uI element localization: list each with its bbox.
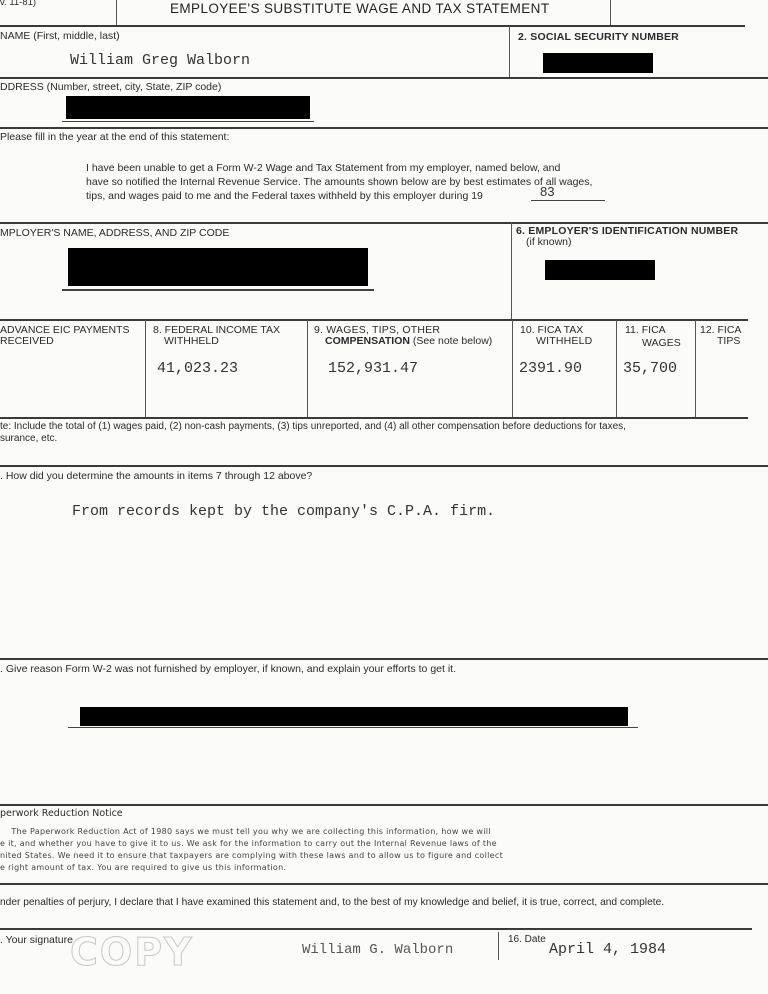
statement-line-3: tips, and wages paid to me and the Feder…: [86, 189, 483, 204]
paperwork-line-2: e it, and whether you have to give it to…: [0, 838, 497, 851]
box10-value: 2391.90: [519, 360, 582, 377]
box8-label-2: WITHHELD: [164, 335, 219, 347]
box9-label-note: (See note below): [413, 335, 492, 347]
box9-label-main: COMPENSATION: [325, 335, 410, 347]
divider: [0, 658, 768, 660]
divider: [498, 932, 499, 960]
year-line: [531, 200, 605, 201]
divider: [610, 0, 611, 26]
year-value: 83: [540, 184, 554, 199]
divider: [116, 0, 117, 26]
question13-label: . How did you determine the amounts in i…: [0, 470, 312, 482]
paperwork-line-4: e right amount of tax. You are required …: [0, 862, 286, 875]
divider: [145, 320, 146, 418]
question14-label: . Give reason Form W-2 was not furnished…: [0, 663, 456, 675]
address-redacted: [66, 96, 310, 119]
box9-value: 152,931.47: [328, 360, 418, 377]
perjury-statement: nder penalties of perjury, I declare tha…: [0, 897, 664, 908]
signature-label: . Your signature: [0, 934, 73, 946]
divider: [0, 465, 768, 467]
divider: [0, 883, 768, 885]
box11-label: 11. FICA: [625, 324, 666, 336]
date-value: April 4, 1984: [549, 941, 666, 958]
paperwork-line-1: The Paperwork Reduction Act of 1980 says…: [0, 826, 491, 839]
divider: [0, 417, 748, 419]
divider: [512, 320, 513, 418]
employer-redacted: [68, 248, 368, 286]
divider: [511, 222, 512, 320]
address-label: DDRESS (Number, street, city, State, ZIP…: [0, 81, 221, 93]
divider: [0, 127, 768, 129]
divider: [509, 26, 510, 78]
address-line: [62, 121, 314, 122]
question13-answer: From records kept by the company's C.P.A…: [72, 503, 495, 520]
form-revision: v. 11-81): [0, 0, 36, 8]
divider: [0, 804, 768, 806]
statement-line-1: I have been unable to get a Form W-2 Wag…: [86, 161, 560, 176]
question14-redacted: [80, 707, 628, 726]
employer-label: MPLOYER'S NAME, ADDRESS, AND ZIP CODE: [0, 227, 229, 239]
box10-label-2: WITHHELD: [536, 335, 592, 347]
note-line-1: te: Include the total of (1) wages paid,…: [0, 421, 626, 432]
ssn-redacted: [543, 53, 653, 73]
divider: [0, 25, 745, 27]
box7-label-2: RECEIVED: [0, 335, 54, 347]
divider: [307, 320, 308, 418]
divider: [0, 319, 748, 321]
name-label: NAME (First, middle, last): [0, 30, 120, 42]
box12-label-2: TIPS: [717, 335, 740, 347]
ein-redacted: [545, 260, 655, 280]
question14-line: [68, 727, 638, 728]
signature-value: William G. Walborn: [302, 942, 453, 958]
copy-stamp: COPY: [70, 930, 194, 974]
employer-line: [62, 289, 374, 291]
statement-line-2: have so notified the Internal Revenue Se…: [86, 175, 592, 190]
divider: [0, 77, 768, 79]
ein-sublabel: (if known): [526, 236, 572, 248]
divider: [616, 320, 617, 418]
form-title: EMPLOYEE'S SUBSTITUTE WAGE AND TAX STATE…: [170, 1, 549, 16]
paperwork-line-3: nited States. We need it to ensure that …: [0, 850, 503, 863]
note-line-2: surance, etc.: [0, 433, 57, 444]
box9-label-2: COMPENSATION (See note below): [325, 335, 492, 347]
ssn-label: 2. SOCIAL SECURITY NUMBER: [518, 31, 679, 43]
paperwork-heading: perwork Reduction Notice: [0, 808, 123, 819]
box8-value: 41,023.23: [157, 360, 238, 377]
date-label: 16. Date: [508, 934, 546, 945]
divider: [695, 320, 696, 418]
box11-label-2: WAGES: [642, 337, 681, 349]
divider: [0, 222, 768, 224]
employee-name: William Greg Walborn: [70, 52, 250, 69]
box11-value: 35,700: [623, 360, 677, 377]
year-instruction: Please fill in the year at the end of th…: [0, 131, 229, 143]
